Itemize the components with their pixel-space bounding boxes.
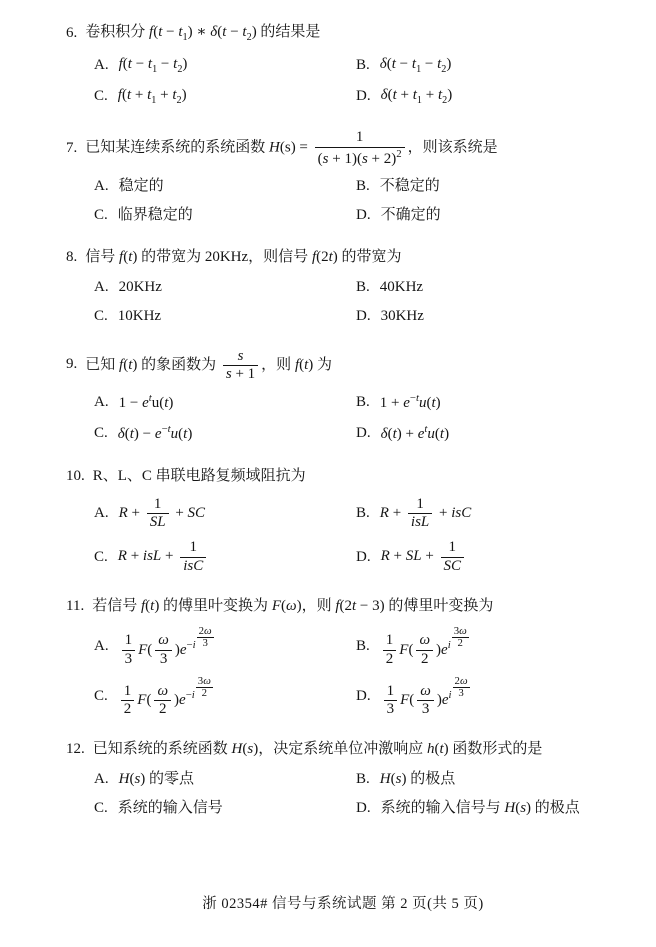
option-label: A. xyxy=(94,55,109,76)
option-c: C.10KHz xyxy=(94,306,356,327)
option-a: A.f(t − t1 − t2) xyxy=(94,54,356,77)
question-stem: 9. 已知 f(t) 的象函数为 ss + 1，则 f(t) 为 xyxy=(66,348,620,384)
question-text: 信号 f(t) 的带宽为 20KHz，则信号 f(2t) 的带宽为 xyxy=(85,247,401,269)
option-d: D.30KHz xyxy=(356,306,620,327)
option-formula: 30KHz xyxy=(381,306,424,327)
option-label: C. xyxy=(94,798,108,819)
option-d: D.R + SL + 1SC xyxy=(356,539,620,575)
question-6: 6. 卷积积分 f(t − t1) ∗ δ(t − t2) 的结果是 A.f(t… xyxy=(66,16,620,116)
exam-page: 6. 卷积积分 f(t − t1) ∗ δ(t − t2) 的结果是 A.f(t… xyxy=(0,0,656,947)
option-formula: 20KHz xyxy=(119,277,162,298)
question-number: 12. xyxy=(66,739,85,761)
question-7: 7. 已知某连续系统的系统函数 H(s) = 1(s + 1)(s + 2)2，… xyxy=(66,123,620,234)
option-b: B.H(s) 的极点 xyxy=(356,769,620,790)
option-b: B.1 + e−tu(t) xyxy=(356,391,620,414)
option-label: C. xyxy=(94,686,108,707)
option-d: D.δ(t) + etu(t) xyxy=(356,422,620,445)
option-formula: 13F(ω3)e−i2ω3 xyxy=(119,626,215,668)
question-stem: 12. 已知系统的系统函数 H(s)，决定系统单位冲激响应 h(t) 函数形式的… xyxy=(66,739,620,761)
option-label: A. xyxy=(94,769,109,790)
option-formula: 13F(ω3)ei2ω3 xyxy=(381,676,471,718)
question-stem: 11. 若信号 f(t) 的傅里叶变换为 F(ω)，则 f(2t − 3) 的傅… xyxy=(66,596,620,618)
option-formula: δ(t − t1 − t2) xyxy=(380,54,452,77)
option-c: C.12F(ω2)e−i3ω2 xyxy=(94,676,356,718)
options: A.f(t − t1 − t2) B.δ(t − t1 − t2) C.f(t … xyxy=(66,54,620,109)
question-number: 6. xyxy=(66,23,77,45)
question-8: 8. 信号 f(t) 的带宽为 20KHz，则信号 f(2t) 的带宽为 A.2… xyxy=(66,241,620,335)
question-number: 10. xyxy=(66,466,85,488)
option-formula: R + 1isL + isC xyxy=(380,496,471,532)
option-formula: 不稳定的 xyxy=(380,176,440,197)
option-d: D.不确定的 xyxy=(356,205,620,226)
option-d: D.13F(ω3)ei2ω3 xyxy=(356,676,620,718)
option-label: D. xyxy=(356,86,371,107)
option-label: C. xyxy=(94,423,108,444)
option-formula: 10KHz xyxy=(118,306,161,327)
option-row: A.20KHz B.40KHz xyxy=(94,277,620,298)
option-formula: δ(t + t1 + t2) xyxy=(381,85,453,108)
option-row: A.13F(ω3)e−i2ω3 B.12F(ω2)ei3ω2 xyxy=(94,626,620,668)
option-formula: 稳定的 xyxy=(119,176,164,197)
option-c: C.R + isL + 1isC xyxy=(94,539,356,575)
option-c: C.临界稳定的 xyxy=(94,205,356,226)
question-11: 11. 若信号 f(t) 的傅里叶变换为 F(ω)，则 f(2t − 3) 的傅… xyxy=(66,590,620,726)
question-9: 9. 已知 f(t) 的象函数为 ss + 1，则 f(t) 为 A.1 − e… xyxy=(66,342,620,454)
option-a: A.H(s) 的零点 xyxy=(94,769,356,790)
option-formula: 系统的输入信号 xyxy=(118,798,223,819)
options: A.13F(ω3)e−i2ω3 B.12F(ω2)ei3ω2 C.12F(ω2)… xyxy=(66,626,620,719)
option-b: B.40KHz xyxy=(356,277,620,298)
page-footer: 浙 02354# 信号与系统试题 第 2 页(共 5 页) xyxy=(66,892,620,913)
option-a: A.13F(ω3)e−i2ω3 xyxy=(94,626,356,668)
option-formula: R + SL + 1SC xyxy=(381,539,467,575)
option-formula: δ(t) + etu(t) xyxy=(381,422,449,445)
option-formula: f(t + t1 + t2) xyxy=(118,85,187,108)
option-label: C. xyxy=(94,86,108,107)
option-formula: R + 1SL + SC xyxy=(119,496,205,532)
option-row: A.f(t − t1 − t2) B.δ(t − t1 − t2) xyxy=(94,54,620,77)
option-a: A.R + 1SL + SC xyxy=(94,496,356,532)
option-c: C.δ(t) − e−tu(t) xyxy=(94,422,356,445)
option-formula: δ(t) − e−tu(t) xyxy=(118,422,193,445)
option-formula: 40KHz xyxy=(380,277,423,298)
option-label: A. xyxy=(94,636,109,657)
option-label: B. xyxy=(356,636,370,657)
option-d: D.δ(t + t1 + t2) xyxy=(356,85,620,108)
option-row: C.R + isL + 1isC D.R + SL + 1SC xyxy=(94,539,620,575)
option-formula: 不确定的 xyxy=(381,205,441,226)
option-row: A.稳定的 B.不稳定的 xyxy=(94,176,620,197)
option-row: C.f(t + t1 + t2) D.δ(t + t1 + t2) xyxy=(94,85,620,108)
question-number: 9. xyxy=(66,354,77,376)
option-label: C. xyxy=(94,547,108,568)
option-row: C.12F(ω2)e−i3ω2 D.13F(ω3)ei2ω3 xyxy=(94,676,620,718)
option-label: D. xyxy=(356,547,371,568)
option-label: B. xyxy=(356,55,370,76)
option-b: B.δ(t − t1 − t2) xyxy=(356,54,620,77)
option-row: A.H(s) 的零点 B.H(s) 的极点 xyxy=(94,769,620,790)
question-10: 10. R、L、C 串联电路复频域阻抗为 A.R + 1SL + SC B.R … xyxy=(66,460,620,583)
question-text: R、L、C 串联电路复频域阻抗为 xyxy=(93,466,306,488)
options: A.1 − etu(t) B.1 + e−tu(t) C.δ(t) − e−tu… xyxy=(66,391,620,445)
option-formula: 12F(ω2)e−i3ω2 xyxy=(118,676,214,718)
question-stem: 8. 信号 f(t) 的带宽为 20KHz，则信号 f(2t) 的带宽为 xyxy=(66,247,620,269)
option-b: B.R + 1isL + isC xyxy=(356,496,620,532)
option-a: A.稳定的 xyxy=(94,176,356,197)
option-label: D. xyxy=(356,686,371,707)
option-b: B.12F(ω2)ei3ω2 xyxy=(356,626,620,668)
option-label: D. xyxy=(356,205,371,226)
options: A.20KHz B.40KHz C.10KHz D.30KHz xyxy=(66,277,620,327)
option-formula: H(s) 的极点 xyxy=(380,769,455,790)
option-row: A.R + 1SL + SC B.R + 1isL + isC xyxy=(94,496,620,532)
option-formula: f(t − t1 − t2) xyxy=(119,54,188,77)
options: A.R + 1SL + SC B.R + 1isL + isC C.R + is… xyxy=(66,496,620,575)
question-text: 已知系统的系统函数 H(s)，决定系统单位冲激响应 h(t) 函数形式的是 xyxy=(93,739,543,761)
option-label: A. xyxy=(94,277,109,298)
option-row: C.系统的输入信号 D.系统的输入信号与 H(s) 的极点 xyxy=(94,798,620,819)
option-label: A. xyxy=(94,392,109,413)
option-label: B. xyxy=(356,769,370,790)
option-label: D. xyxy=(356,306,371,327)
question-text: 若信号 f(t) 的傅里叶变换为 F(ω)，则 f(2t − 3) 的傅里叶变换… xyxy=(92,596,493,618)
option-formula: H(s) 的零点 xyxy=(119,769,194,790)
question-number: 11. xyxy=(66,596,84,618)
option-row: C.10KHz D.30KHz xyxy=(94,306,620,327)
question-number: 8. xyxy=(66,247,77,269)
option-row: C.临界稳定的 D.不确定的 xyxy=(94,205,620,226)
option-b: B.不稳定的 xyxy=(356,176,620,197)
option-formula: 系统的输入信号与 H(s) 的极点 xyxy=(381,798,580,819)
question-text: 已知 f(t) 的象函数为 ss + 1，则 f(t) 为 xyxy=(85,348,332,384)
question-text: 卷积积分 f(t − t1) ∗ δ(t − t2) 的结果是 xyxy=(85,22,320,46)
option-label: D. xyxy=(356,423,371,444)
option-formula: 1 − etu(t) xyxy=(119,391,174,414)
option-formula: 1 + e−tu(t) xyxy=(380,391,441,414)
options: A.H(s) 的零点 B.H(s) 的极点 C.系统的输入信号 D.系统的输入信… xyxy=(66,769,620,819)
option-formula: 12F(ω2)ei3ω2 xyxy=(380,626,470,668)
question-number: 7. xyxy=(66,138,77,160)
question-12: 12. 已知系统的系统函数 H(s)，决定系统单位冲激响应 h(t) 函数形式的… xyxy=(66,733,620,827)
option-formula: R + isL + 1isC xyxy=(118,539,209,575)
option-formula: 临界稳定的 xyxy=(118,205,193,226)
option-label: B. xyxy=(356,277,370,298)
option-row: C.δ(t) − e−tu(t) D.δ(t) + etu(t) xyxy=(94,422,620,445)
option-label: B. xyxy=(356,392,370,413)
option-c: C.系统的输入信号 xyxy=(94,798,356,819)
option-row: A.1 − etu(t) B.1 + e−tu(t) xyxy=(94,391,620,414)
question-stem: 10. R、L、C 串联电路复频域阻抗为 xyxy=(66,466,620,488)
option-c: C.f(t + t1 + t2) xyxy=(94,85,356,108)
options: A.稳定的 B.不稳定的 C.临界稳定的 D.不确定的 xyxy=(66,176,620,226)
option-label: B. xyxy=(356,176,370,197)
option-label: C. xyxy=(94,205,108,226)
question-stem: 6. 卷积积分 f(t − t1) ∗ δ(t − t2) 的结果是 xyxy=(66,22,620,46)
option-label: A. xyxy=(94,503,109,524)
question-stem: 7. 已知某连续系统的系统函数 H(s) = 1(s + 1)(s + 2)2，… xyxy=(66,129,620,168)
option-label: C. xyxy=(94,306,108,327)
question-text: 已知某连续系统的系统函数 H(s) = 1(s + 1)(s + 2)2，则该系… xyxy=(85,129,497,168)
option-label: B. xyxy=(356,503,370,524)
option-label: D. xyxy=(356,798,371,819)
option-d: D.系统的输入信号与 H(s) 的极点 xyxy=(356,798,620,819)
option-label: A. xyxy=(94,176,109,197)
option-a: A.1 − etu(t) xyxy=(94,391,356,414)
option-a: A.20KHz xyxy=(94,277,356,298)
